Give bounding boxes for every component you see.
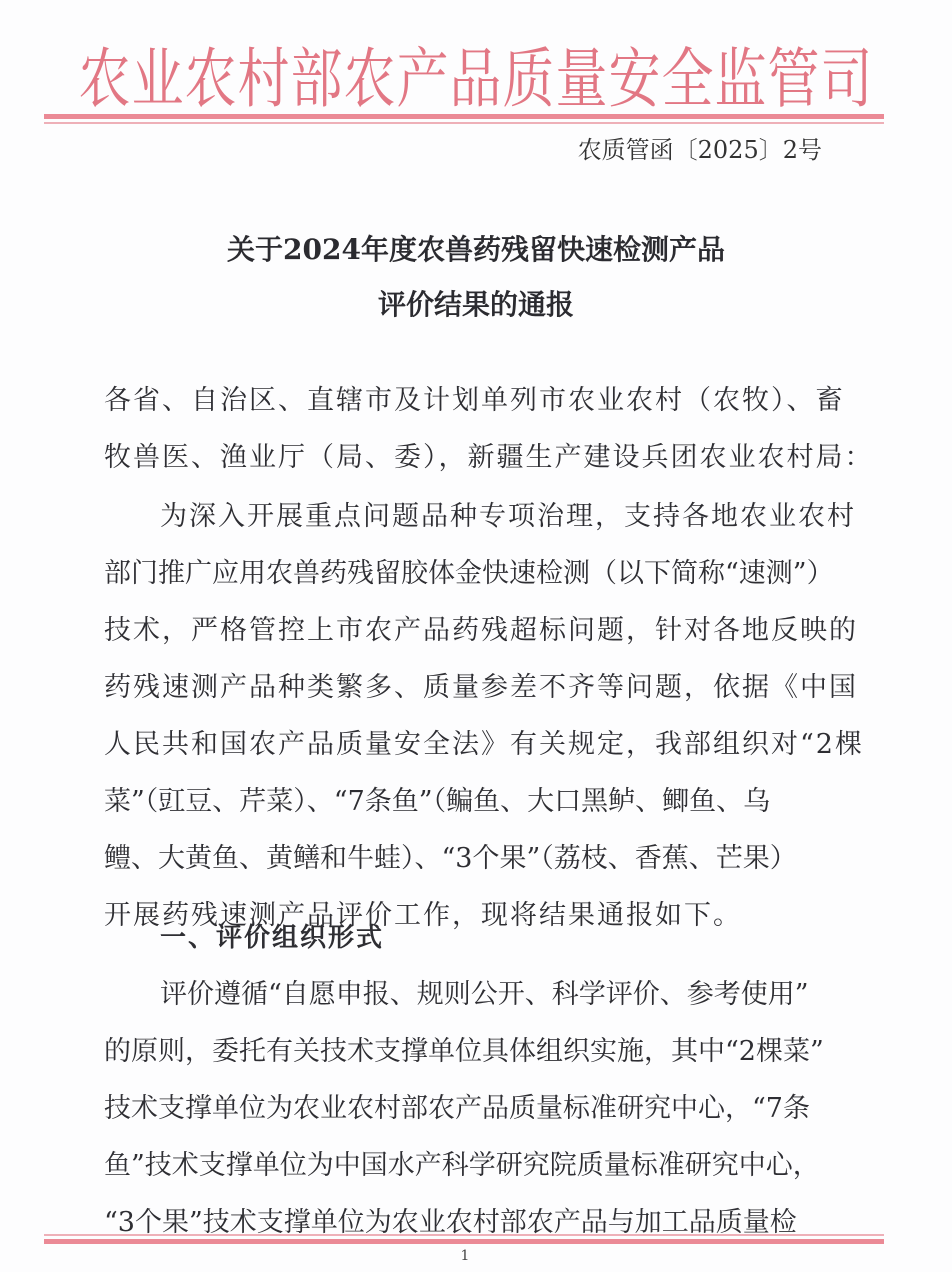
page-number: 1 — [0, 1248, 930, 1264]
body-line: 牧兽医、渔业厅（局、委），新疆生产建设兵团农业农村局： — [104, 429, 844, 486]
body-line: 技术支撑单位为农业农村部农产品质量标准研究中心，“7条 — [104, 1080, 844, 1137]
masthead-rule-thin — [44, 122, 884, 124]
body-line: 药残速测产品种类繁多、质量参差不齐等问题，依据《中国 — [104, 659, 844, 716]
body-paragraph-1: 为深入开展重点问题品种专项治理，支持各地农业农村 部门推广应用农兽药残留胶体金快… — [104, 488, 844, 944]
addressees: 各省、自治区、直辖市及计划单列市农业农村（农牧）、畜 牧兽医、渔业厅（局、委），… — [104, 372, 844, 486]
body-line: 鳢、大黄鱼、黄鳝和牛蛙）、“3个果”（荔枝、香蕉、芒果） — [104, 830, 844, 887]
body-line: 各省、自治区、直辖市及计划单列市农业农村（农牧）、畜 — [104, 372, 844, 429]
body-line: 鱼”技术支撑单位为中国水产科学研究院质量标准研究中心， — [104, 1137, 844, 1194]
masthead: 农业农村部农产品质量安全监管司 — [0, 26, 952, 120]
document-title-line-1: 关于2024年度农兽药残留快速检测产品 — [0, 228, 952, 268]
document-title-line-2: 评价结果的通报 — [0, 283, 952, 323]
body-line: 技术，严格管控上市农产品药残超标问题，针对各地反映的 — [104, 602, 844, 659]
footer-rule-thin — [44, 1234, 884, 1236]
body-line: 的原则，委托有关技术支撑单位具体组织实施，其中“2棵菜” — [104, 1023, 844, 1080]
section-heading: 一、评价组织形式 — [104, 910, 844, 967]
body-paragraph-2: 评价遵循“自愿申报、规则公开、科学评价、参考使用” 的原则，委托有关技术支撑单位… — [104, 966, 844, 1251]
body-line: 人民共和国农产品质量安全法》有关规定，我部组织对“2棵 — [104, 716, 844, 773]
body-line: 菜”（豇豆、芹菜）、“7条鱼”（鳊鱼、大口黑鲈、鲫鱼、乌 — [104, 773, 844, 830]
footer-rule-thick — [44, 1239, 884, 1244]
section-heading-1: 一、评价组织形式 — [104, 910, 844, 967]
body-line: 部门推广应用农兽药残留胶体金快速检测（以下简称“速测”） — [104, 545, 844, 602]
body-line: 评价遵循“自愿申报、规则公开、科学评价、参考使用” — [104, 966, 844, 1023]
document-number: 农质管函〔2025〕2号 — [578, 130, 822, 165]
body-line: 为深入开展重点问题品种专项治理，支持各地农业农村 — [104, 488, 844, 545]
masthead-rule-thick — [44, 114, 884, 119]
